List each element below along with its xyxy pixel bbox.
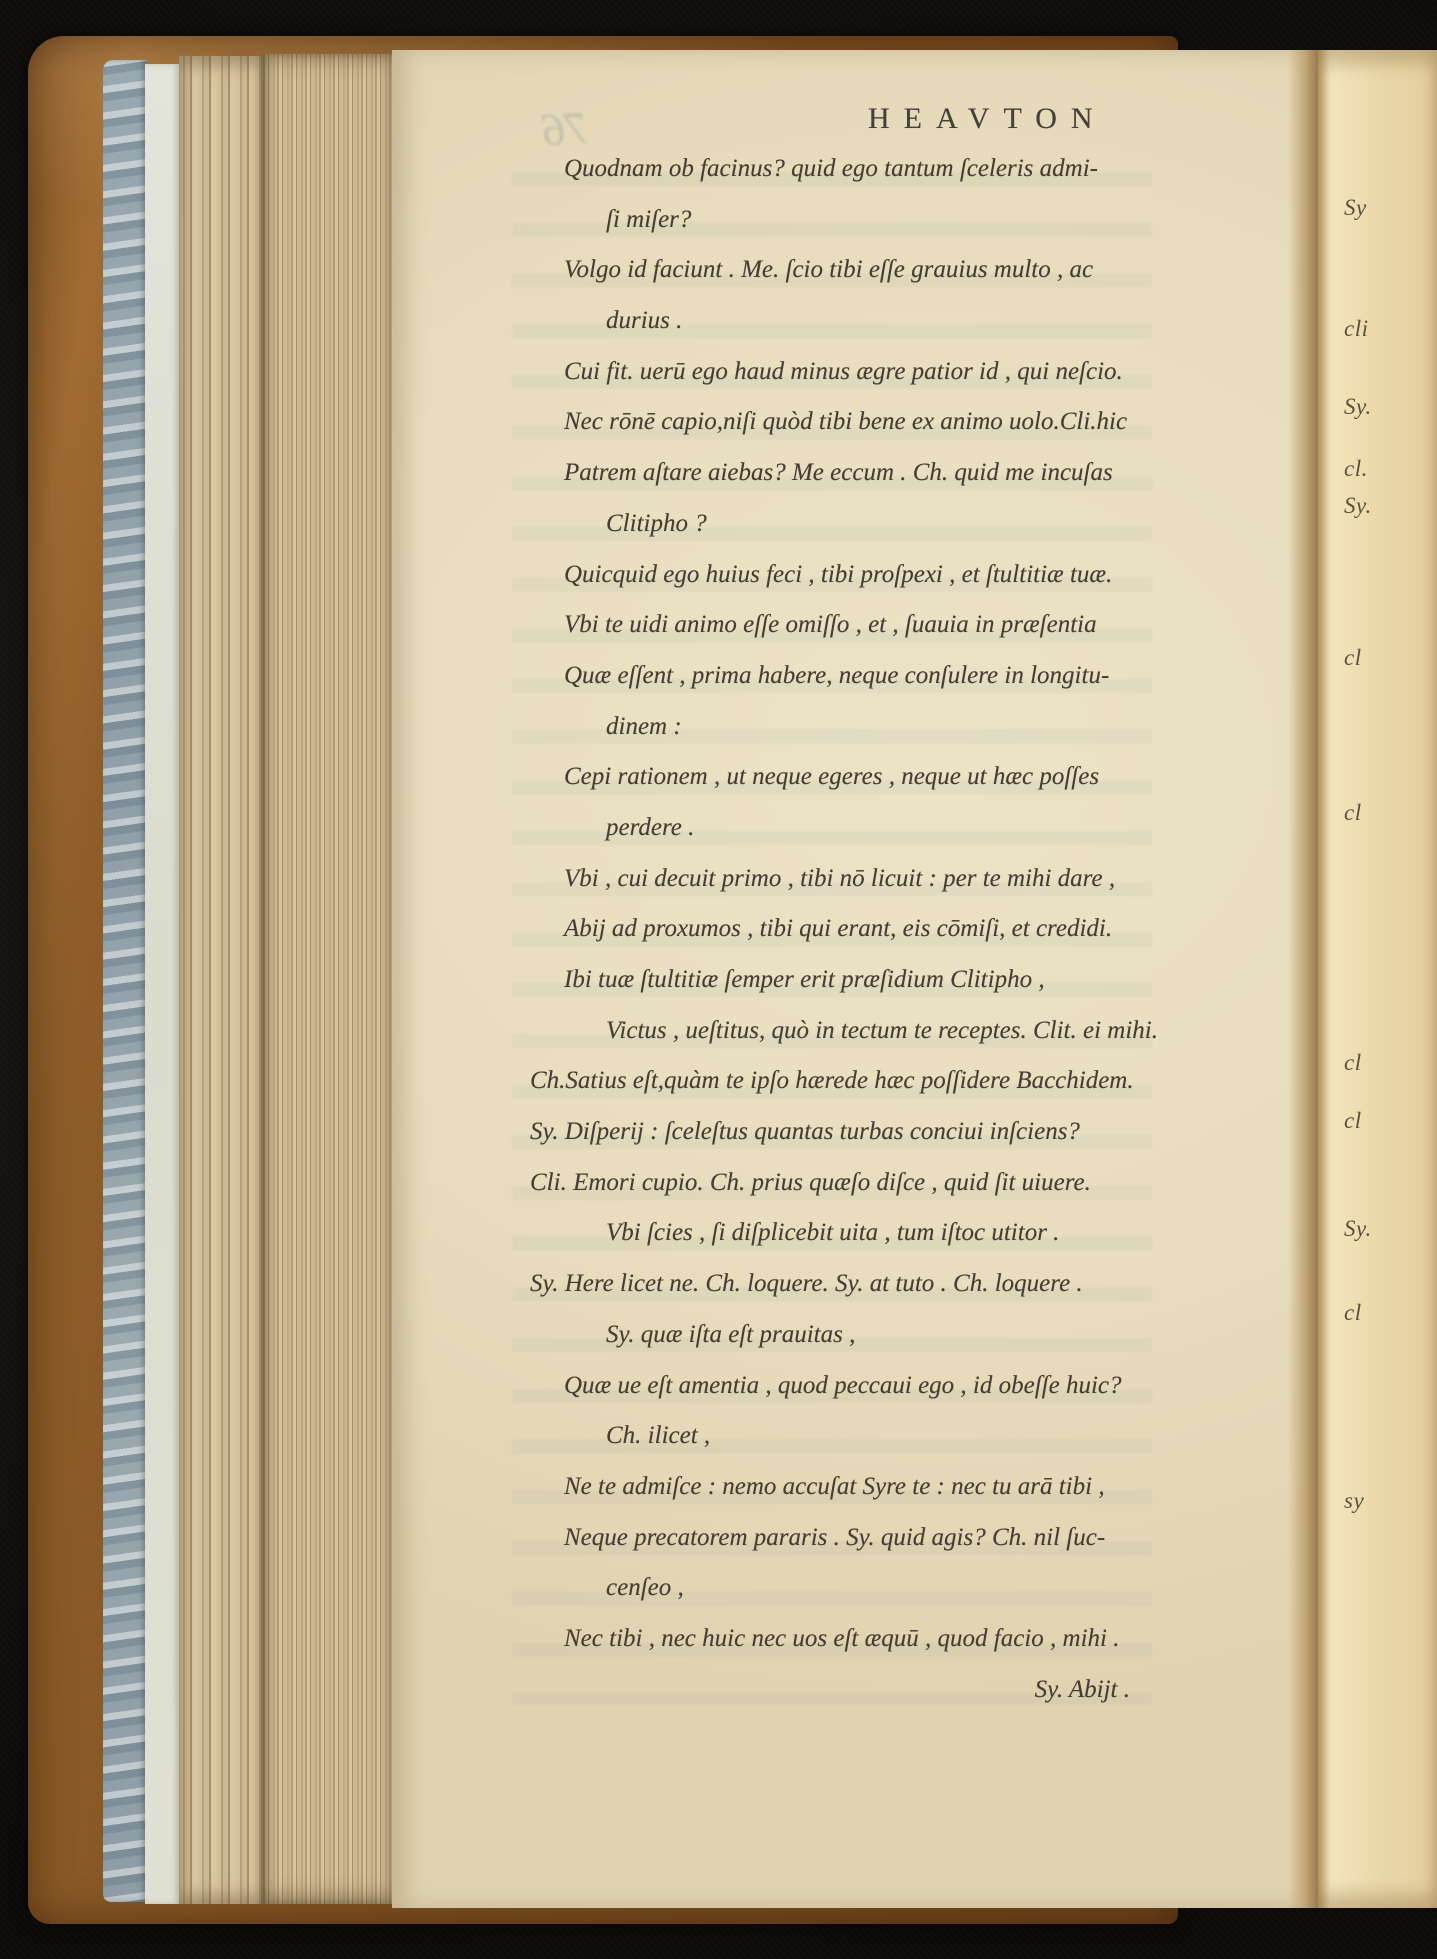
page-edge-stack-inner: [261, 54, 393, 1904]
text-line: Vbi , cui decuit primo , tibi nō licuit …: [564, 854, 1126, 905]
flyleaf-edge: [145, 64, 181, 1904]
text-line: Neque precatorem pararis . Sy. quid agis…: [564, 1513, 1126, 1564]
text-line: perdere .: [606, 803, 1126, 854]
text-line: Ne te admiſce : nemo accuſat Syre te : n…: [564, 1462, 1126, 1513]
book-photo: 76 HEAVTON Quodnam ob facinus? quid ego …: [0, 0, 1437, 1959]
text-line: durius .: [606, 296, 1126, 347]
next-page-speaker-cue: Sy: [1344, 195, 1367, 221]
text-line: Abij ad proxumos , tibi qui erant, eis c…: [564, 904, 1126, 955]
text-line: Patrem aſtare aiebas? Me eccum . Ch. qui…: [564, 448, 1126, 499]
text-line: dinem :: [606, 702, 1126, 753]
text-line: Sy. Diſperij : ſceleſtus quantas turbas …: [530, 1107, 1126, 1158]
gutter-shadow: [1288, 50, 1318, 1908]
text-line: Quæ ue eſt amentia , quod peccaui ego , …: [564, 1361, 1126, 1412]
text-line: Volgo id faciunt . Me. ſcio tibi eſſe gr…: [564, 245, 1126, 296]
next-page-speaker-cue: Sy.: [1344, 394, 1372, 420]
facing-page-sliver: SycliSy.cl.Sy.clclclclSy.clsy: [1318, 50, 1437, 1908]
text-line: Ch. ilicet ,: [606, 1411, 1126, 1462]
next-page-speaker-cue: sy: [1344, 1488, 1364, 1514]
text-line: Nec rōnē capio,niſi quòd tibi bene ex an…: [564, 397, 1126, 448]
text-line: Sy. Abijt .: [530, 1665, 1130, 1716]
text-line: Victus , ueſtitus, quò in tectum te rece…: [606, 1006, 1126, 1057]
text-line: Quicquid ego huius feci , tibi proſpexi …: [564, 550, 1126, 601]
next-page-speaker-cue: cl: [1344, 1108, 1362, 1134]
text-line: Sy. quæ iſta eſt prauitas ,: [606, 1310, 1126, 1361]
text-line: ſi miſer?: [606, 195, 1126, 246]
text-line: Quodnam ob facinus? quid ego tantum ſcel…: [564, 144, 1126, 195]
text-line: Vbi ſcies , ſi diſplicebit uita , tum iſ…: [606, 1208, 1126, 1259]
running-header: HEAVTON: [868, 102, 1107, 136]
next-page-speaker-cue: cl: [1344, 800, 1362, 826]
next-page-speaker-cue: cl: [1344, 1050, 1362, 1076]
next-page-speaker-cue: cl: [1344, 1300, 1362, 1326]
text-line: Vbi te uidi animo eſſe omiſſo , et , ſua…: [564, 600, 1126, 651]
next-page-speaker-cue: cl.: [1344, 456, 1368, 482]
next-page-speaker-cue: cli: [1344, 316, 1369, 342]
text-line: Cui fit. uerū ego haud minus ægre patior…: [564, 347, 1126, 398]
text-line: Ch.Satius eſt,quàm te ipſo hærede hæc po…: [530, 1056, 1126, 1107]
text-line: Cepi rationem , ut neque egeres , neque …: [564, 752, 1126, 803]
next-page-speaker-cue: Sy.: [1344, 493, 1372, 519]
text-line: Cli. Emori cupio. Ch. prius quæſo diſce …: [530, 1158, 1126, 1209]
text-line: Clitipho ?: [606, 499, 1126, 550]
text-line: Sy. Here licet ne. Ch. loquere. Sy. at t…: [530, 1259, 1126, 1310]
text-line: cenſeo ,: [606, 1563, 1126, 1614]
next-page-speaker-cue: Sy.: [1344, 1216, 1372, 1242]
marbled-endpaper-edge: [103, 60, 147, 1902]
text-line: Ibi tuæ ſtultitiæ ſemper erit præſidium …: [564, 955, 1126, 1006]
open-page: 76 HEAVTON Quodnam ob facinus? quid ego …: [392, 50, 1318, 1908]
text-block: Quodnam ob facinus? quid ego tantum ſcel…: [530, 144, 1126, 1715]
page-edge-stack-outer: [179, 56, 263, 1904]
text-line: Quæ eſſent , prima habere, neque conſule…: [564, 651, 1126, 702]
text-line: Nec tibi , nec huic nec uos eſt æquū , q…: [564, 1614, 1126, 1665]
next-page-speaker-cue: cl: [1344, 645, 1362, 671]
